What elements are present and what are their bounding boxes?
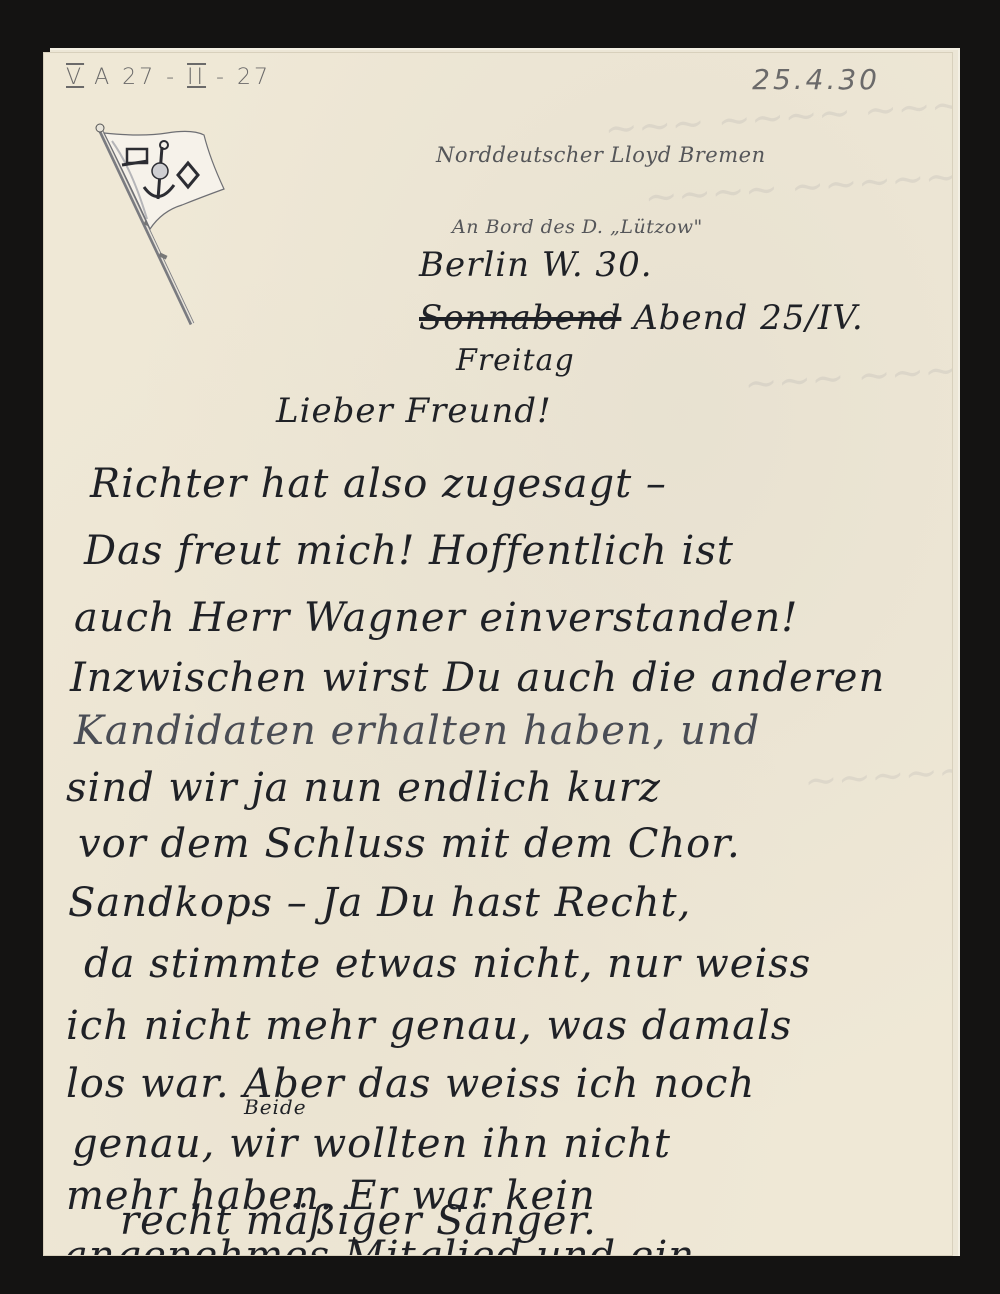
body-line: auch Herr Wagner einverstanden!: [74, 595, 798, 641]
letter-sheet: ~~~ ~~~~ ~~~~ ~~~~ ~~~~~~ ~~~ ~~~~ ~~~~~…: [44, 53, 952, 1255]
body-line: ich nicht mehr genau, was damals: [66, 1003, 792, 1049]
body-line: Kandidaten erhalten haben, und: [74, 708, 760, 754]
inserted-word: Beide: [244, 1095, 307, 1119]
bleed-through-text: ~~~~~: [803, 747, 952, 805]
archive-code: A 27 -: [94, 65, 177, 90]
archive-roman-left: V: [66, 65, 84, 90]
body-line: sind wir ja nun endlich kurz: [66, 765, 661, 811]
weekday-correction: Freitag: [456, 343, 575, 378]
pencil-date: 25.4.30: [752, 63, 880, 96]
place-line: Berlin W. 30.: [419, 245, 653, 285]
bleed-through-text: ~~~ ~~~~: [743, 344, 952, 407]
archive-suffix: - 27: [216, 65, 271, 90]
body-line: da stimmte etwas nicht, nur weiss: [84, 941, 811, 987]
struck-weekday: Sonnabend: [419, 298, 621, 338]
body-line: Inzwischen wirst Du auch die anderen: [70, 655, 885, 701]
date-rest: Abend 25/IV.: [633, 298, 863, 338]
body-line: Das freut mich! Hoffentlich ist: [84, 528, 734, 574]
body-line: Sandkops – Ja Du hast Recht,: [68, 880, 691, 926]
body-line: los war. Aber das weiss ich noch: [66, 1061, 755, 1107]
letterhead-company: Norddeutscher Lloyd Bremen: [436, 143, 766, 167]
letterhead-ship: An Bord des D. „Lützow": [452, 216, 703, 238]
archive-roman-mid: II: [187, 65, 206, 90]
body-line-last: recht mäßiger Sänger.: [120, 1198, 597, 1244]
body-line: vor dem Schluss mit dem Chor.: [78, 821, 741, 867]
date-line: Sonnabend Abend 25/IV.: [419, 298, 864, 338]
archive-reference: V A 27 - II - 27: [66, 65, 271, 90]
body-line: Richter hat also zugesagt –: [90, 461, 667, 507]
flag-logo-icon: [92, 119, 242, 329]
salutation: Lieber Freund!: [276, 391, 552, 431]
body-line: genau, wir wollten ihn nicht: [72, 1121, 671, 1167]
